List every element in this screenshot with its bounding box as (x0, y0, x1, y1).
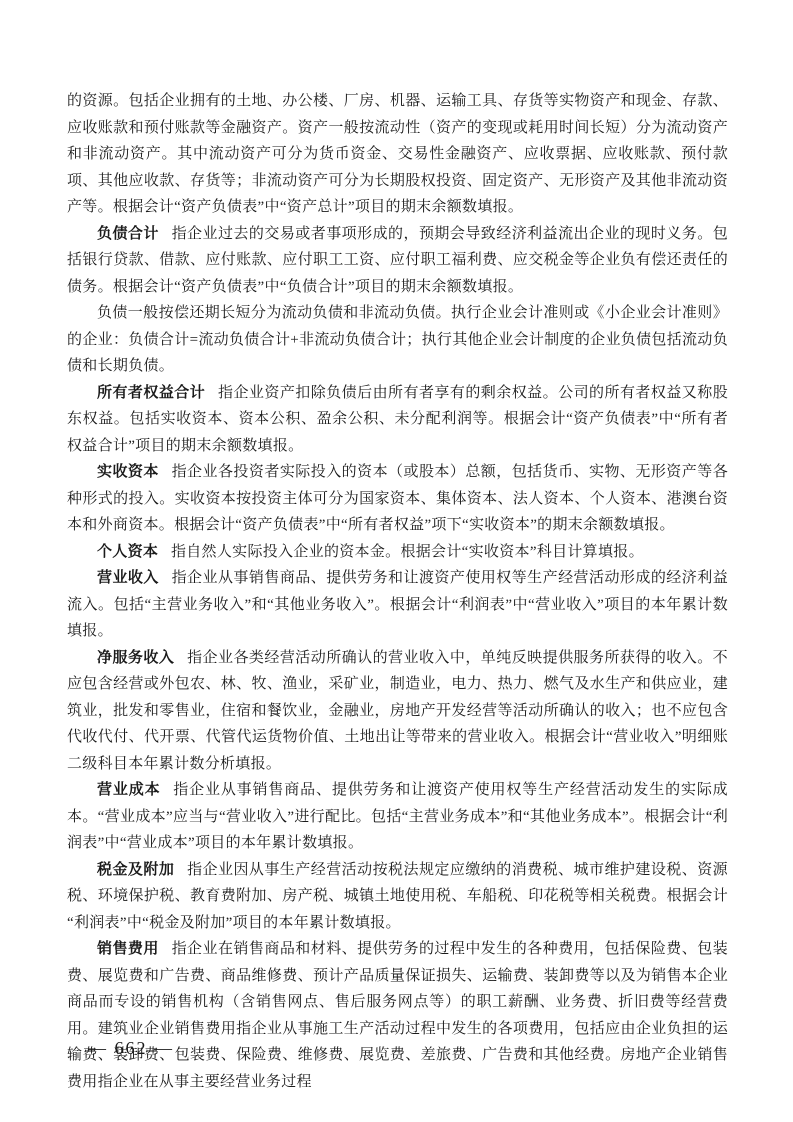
paragraph: 所有者权益合计指企业资产扣除负债后由所有者享有的剩余权益。公司的所有者权益又称股… (67, 380, 728, 460)
term-label: 所有者权益合计 (97, 384, 205, 401)
paragraph: 营业成本指企业从事销售商品、提供劳务和让渡资产使用权等生产经营活动发生的实际成本… (67, 777, 728, 857)
paragraph: 营业收入指企业从事销售商品、提供劳务和让渡资产使用权等生产经营活动形成的经济利益… (67, 565, 728, 645)
paragraph: 净服务收入指企业各类经营活动所确认的营业收入中，单纯反映提供服务所获得的收入。不… (67, 645, 728, 778)
paragraph: 实收资本指企业各投资者实际投入的资本（或股本）总额，包括货币、实物、无形资产等各… (67, 459, 728, 539)
text-body: 的资源。包括企业拥有的土地、办公楼、厂房、机器、运输工具、存货等实物资产和现金、… (67, 88, 728, 1095)
term-label: 销售费用 (97, 940, 159, 957)
term-label: 个人资本 (97, 543, 158, 560)
paragraph: 负债一般按偿还期长短分为流动负债和非流动负债。执行企业会计准则或《小企业会计准则… (67, 300, 728, 380)
paragraph: 负债合计指企业过去的交易或者事项形成的，预期会导致经济利益流出企业的现时义务。包… (67, 221, 728, 301)
term-label: 净服务收入 (97, 649, 174, 666)
term-label: 实收资本 (97, 463, 159, 480)
term-label: 税金及附加 (97, 861, 174, 878)
paragraph: 税金及附加指企业因从事生产经营活动按税法规定应缴纳的消费税、城市维护建设税、资源… (67, 857, 728, 937)
paragraph: 的资源。包括企业拥有的土地、办公楼、厂房、机器、运输工具、存货等实物资产和现金、… (67, 88, 728, 221)
term-label: 营业成本 (97, 781, 160, 798)
document-page: 的资源。包括企业拥有的土地、办公楼、厂房、机器、运输工具、存货等实物资产和现金、… (0, 0, 793, 1122)
term-label: 营业收入 (97, 569, 159, 586)
paragraph: 个人资本指自然人实际投入企业的资本金。根据会计“实收资本”科目计算填报。 (67, 539, 728, 566)
paragraph: 销售费用指企业在销售商品和材料、提供劳务的过程中发生的各种费用，包括保险费、包装… (67, 936, 728, 1095)
term-label: 负债合计 (97, 225, 159, 242)
footer-page-number: — 662 — (88, 1038, 174, 1059)
